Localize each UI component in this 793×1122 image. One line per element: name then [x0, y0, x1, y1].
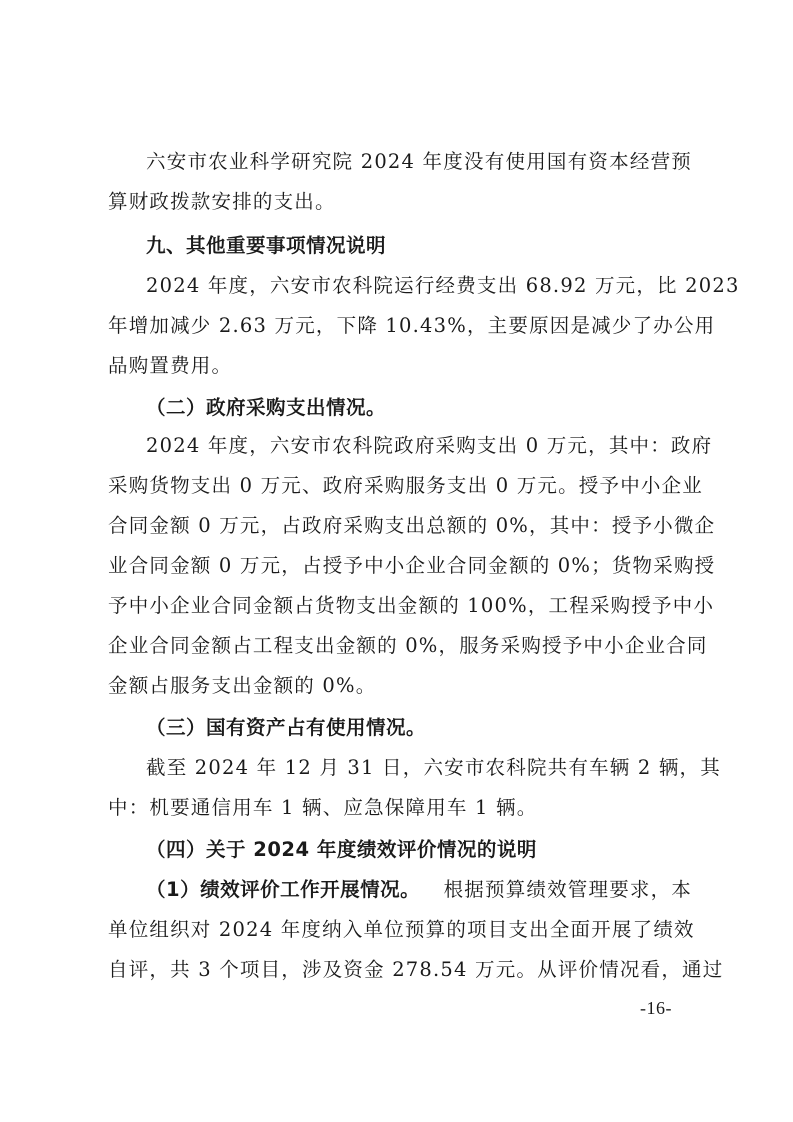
section-heading-9: 九、其他重要事项情况说明	[146, 232, 386, 260]
paragraph-line: 截至 2024 年 12 月 31 日，六安市农科院共有车辆 2 辆，其	[146, 754, 692, 782]
paragraph-line: 算财政拨款安排的支出。	[108, 188, 336, 216]
paragraph-line: 自评，共 3 个项目，涉及资金 278.54 万元。从评价情况看，通过	[108, 956, 692, 984]
paragraph-line: 金额占服务支出金额的 0%。	[108, 672, 376, 700]
subsection-heading-3: （三）国有资产占有使用情况。	[146, 714, 426, 742]
subsection-heading-4: （四）关于 2024 年度绩效评价情况的说明	[146, 836, 537, 864]
paragraph-line: 年增加减少 2.63 万元，下降 10.43%，主要原因是减少了办公用	[108, 312, 692, 340]
paragraph-line: 单位组织对 2024 年度纳入单位预算的项目支出全面开展了绩效	[108, 916, 692, 944]
page-number: -16-	[640, 998, 672, 1019]
paragraph-line-mixed: （1）绩效评价工作开展情况。 根据预算绩效管理要求，本	[146, 876, 692, 904]
subsection-heading-2: （二）政府采购支出情况。	[146, 394, 386, 422]
paragraph-line: 2024 年度，六安市农科院政府采购支出 0 万元，其中：政府	[146, 432, 692, 460]
paragraph-line: 合同金额 0 万元，占政府采购支出总额的 0%，其中：授予小微企	[108, 512, 692, 540]
paragraph-line: 企业合同金额占工程支出金额的 0%，服务采购授予中小企业合同	[108, 632, 692, 660]
paragraph-line: 2024 年度，六安市农科院运行经费支出 68.92 万元，比 2023	[146, 272, 692, 300]
paragraph-line: 采购货物支出 0 万元、政府采购服务支出 0 万元。授予中小企业	[108, 472, 692, 500]
paragraph-line: 业合同金额 0 万元，占授予中小企业合同金额的 0%；货物采购授	[108, 552, 692, 580]
inline-text: 根据预算绩效管理要求，本	[444, 876, 692, 904]
paragraph-line: 品购置费用。	[108, 352, 232, 380]
paragraph-line: 予中小企业合同金额占货物支出金额的 100%，工程采购授予中小	[108, 592, 692, 620]
paragraph-line: 中：机要通信用车 1 辆、应急保障用车 1 辆。	[108, 794, 537, 822]
inline-heading: （1）绩效评价工作开展情况。	[146, 876, 420, 904]
paragraph-line: 六安市农业科学研究院 2024 年度没有使用国有资本经营预	[146, 148, 692, 176]
